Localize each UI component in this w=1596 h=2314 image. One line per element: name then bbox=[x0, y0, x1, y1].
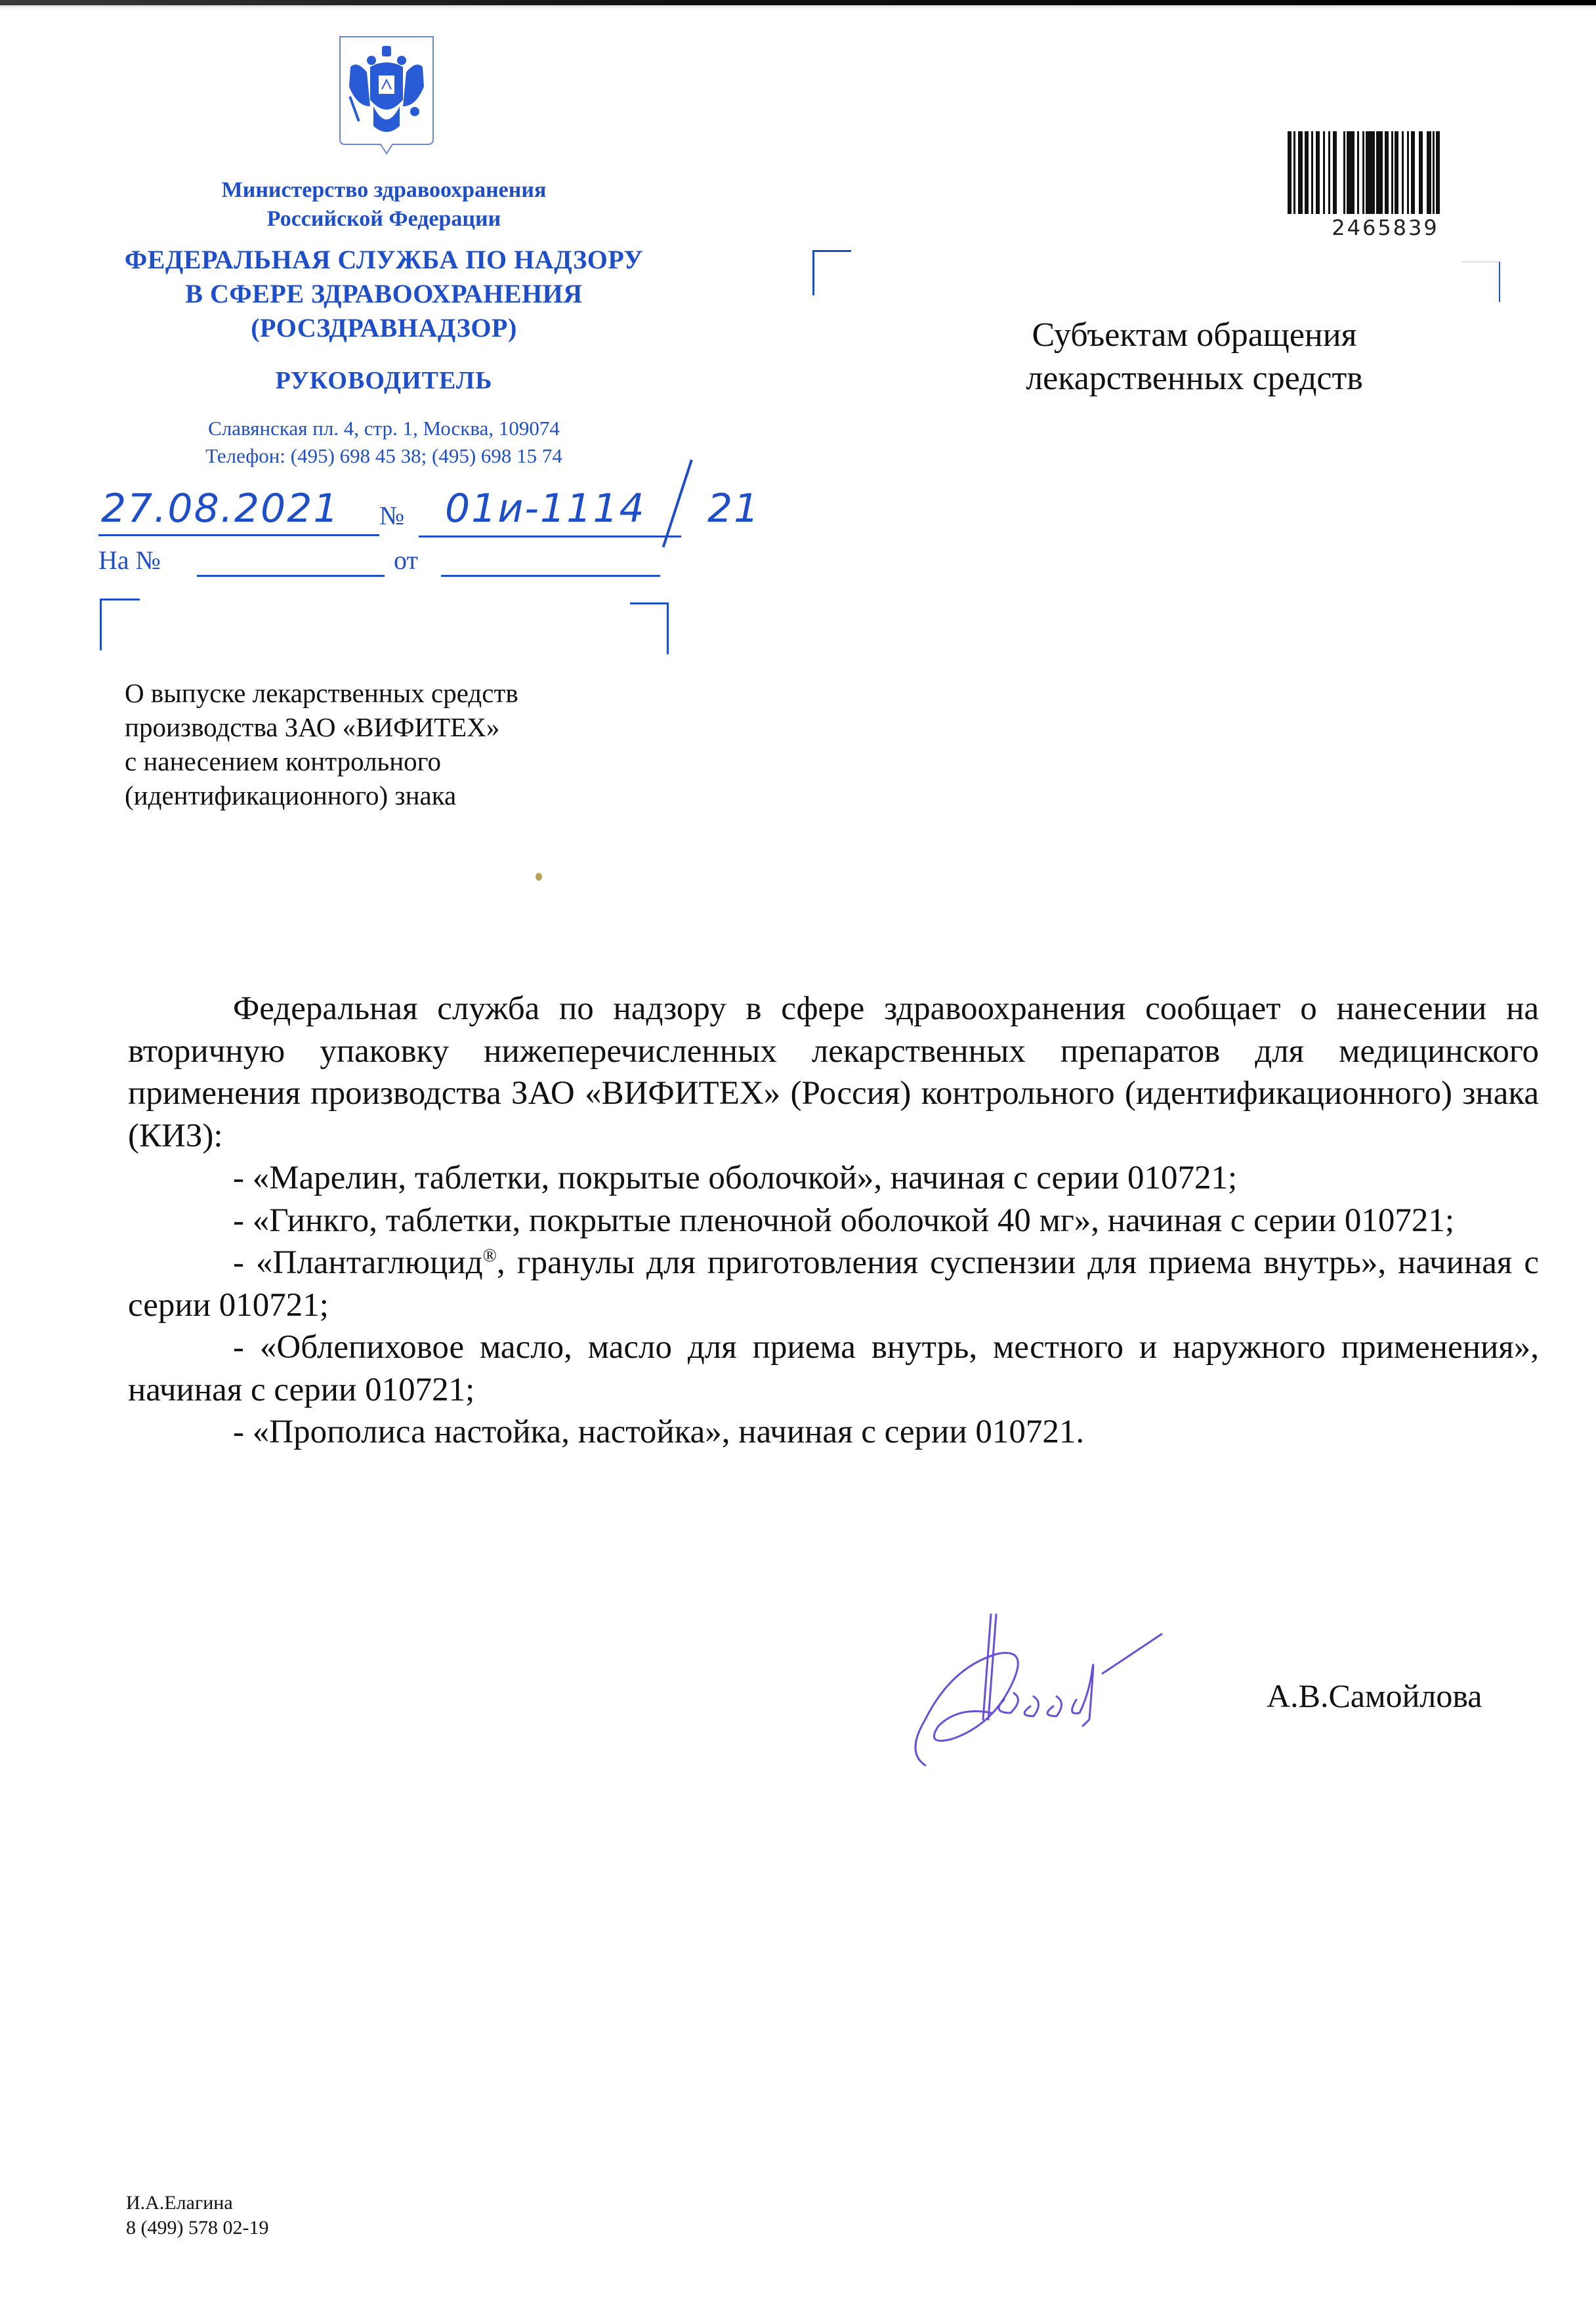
position-title: РУКОВОДИТЕЛЬ bbox=[79, 365, 689, 396]
service-name: ФЕДЕРАЛЬНАЯ СЛУЖБА ПО НАДЗОРУ В СФЕРЕ ЗД… bbox=[79, 243, 689, 345]
russian-coat-of-arms-icon bbox=[337, 34, 436, 159]
drug-item: - «Гинкго, таблетки, покрытые пленочной … bbox=[128, 1200, 1539, 1242]
registration-date: 27.08.2021 bbox=[98, 486, 379, 536]
registered-mark: ® bbox=[483, 1246, 497, 1266]
drug-item: - «Марелин, таблетки, покрытые оболочкой… bbox=[128, 1157, 1539, 1200]
subject-line-3: с нанесением контрольного bbox=[125, 744, 715, 778]
scan-speck bbox=[535, 873, 542, 881]
drug-item: - «Плантаглюцид®, гранулы для приготовле… bbox=[128, 1242, 1539, 1326]
drug-item-name: - «Плантаглюцид bbox=[233, 1244, 483, 1281]
reply-to-row: На № от bbox=[98, 545, 689, 584]
registration-number-suffix: 21 bbox=[707, 486, 760, 532]
barcode-icon bbox=[1288, 131, 1483, 214]
scan-edge bbox=[0, 0, 1596, 5]
reply-to-number-field bbox=[197, 575, 385, 577]
phone: Телефон: (495) 698 45 38; (495) 698 15 7… bbox=[79, 442, 689, 470]
from-label: от bbox=[394, 545, 418, 576]
registration-number: 01и-1114 bbox=[419, 486, 681, 537]
executor-block: И.А.Елагина 8 (499) 578 02-19 bbox=[126, 2191, 268, 2240]
body-intro: Федеральная служба по надзору в сфере зд… bbox=[128, 988, 1539, 1157]
drug-item: - «Облепиховое масло, масло для приема в… bbox=[128, 1326, 1539, 1411]
signer-name: А.В.Самойлова bbox=[1267, 1677, 1482, 1715]
addressee: Субъектам обращения лекарственных средст… bbox=[965, 314, 1424, 400]
ministry-line-1: Министерство здравоохранения bbox=[79, 176, 689, 205]
reply-to-date-field bbox=[441, 575, 660, 577]
subject-line-2: производства ЗАО «ВИФИТЕХ» bbox=[125, 710, 715, 744]
addressee-line-1: Субъектам обращения bbox=[965, 314, 1424, 357]
addressee-line-2: лекарственных средств bbox=[965, 357, 1424, 400]
contact-block: Славянская пл. 4, стр. 1, Москва, 109074… bbox=[79, 415, 689, 470]
barcode-number: 2465839 bbox=[1288, 215, 1483, 240]
letter-subject: О выпуске лекарственных средств производ… bbox=[125, 676, 715, 812]
addressee-bracket-left bbox=[812, 250, 851, 295]
signature-icon bbox=[899, 1588, 1240, 1772]
subject-bracket-left bbox=[100, 599, 140, 650]
service-line-2: В СФЕРЕ ЗДРАВООХРАНЕНИЯ bbox=[79, 277, 689, 311]
address: Славянская пл. 4, стр. 1, Москва, 109074 bbox=[79, 415, 689, 442]
addressee-bracket-right bbox=[1462, 261, 1500, 302]
reply-to-label: На № bbox=[98, 545, 161, 576]
drug-item: - «Прополиса настойка, настойка», начина… bbox=[128, 1411, 1539, 1454]
scan-edge-shadow bbox=[0, 5, 1596, 9]
letter-body: Федеральная служба по надзору в сфере зд… bbox=[128, 988, 1539, 1454]
subject-bracket-right bbox=[630, 602, 669, 654]
registration-row: 27.08.2021 № 01и-1114 21 bbox=[98, 486, 787, 538]
ministry-line-2: Российской Федерации bbox=[79, 205, 689, 234]
service-line-3: (РОСЗДРАВНАДЗОР) bbox=[79, 311, 689, 345]
ministry-name: Министерство здравоохранения Российской … bbox=[79, 176, 689, 234]
service-line-1: ФЕДЕРАЛЬНАЯ СЛУЖБА ПО НАДЗОРУ bbox=[79, 243, 689, 277]
executor-phone: 8 (499) 578 02-19 bbox=[126, 2216, 268, 2240]
executor-name: И.А.Елагина bbox=[126, 2191, 268, 2216]
subject-line-4: (идентификационного) знака bbox=[125, 778, 715, 812]
number-label: № bbox=[379, 500, 404, 531]
subject-line-1: О выпуске лекарственных средств bbox=[125, 676, 715, 710]
